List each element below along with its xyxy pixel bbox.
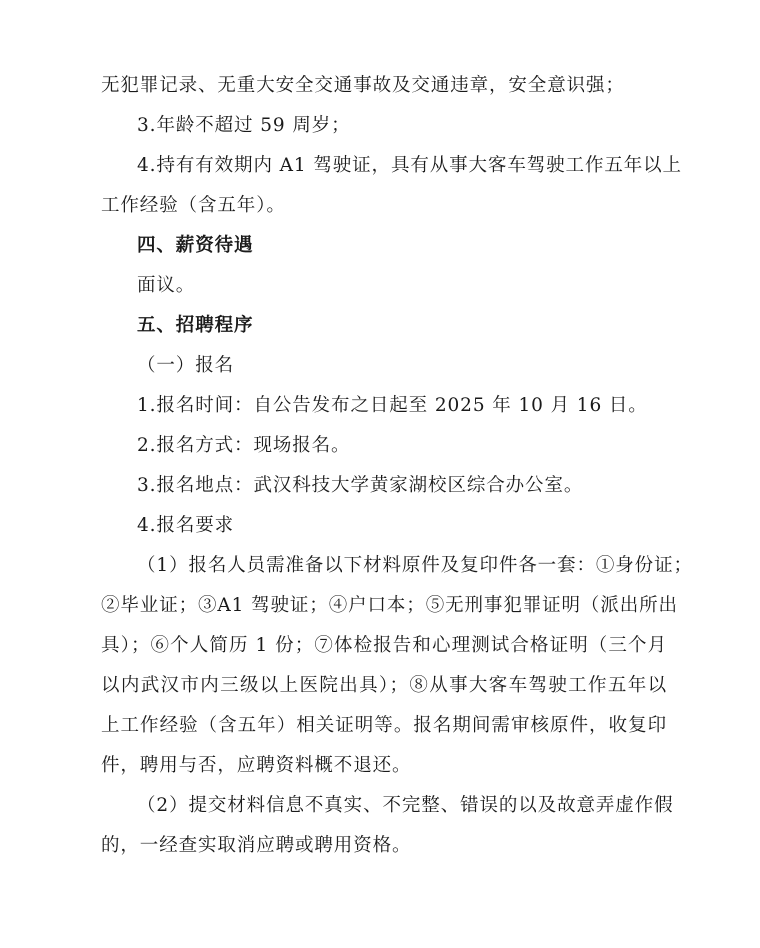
text-line: 2.报名方式：现场报名。 <box>101 426 667 466</box>
heading-text: 五、招聘程序 <box>101 306 667 346</box>
paragraph-registration-location: 3.报名地点：武汉科技大学黄家湖校区综合办公室。 <box>101 466 667 506</box>
paragraph-required-materials: （1）报名人员需准备以下材料原件及复印件各一套：①身份证； ②毕业证；③A1 驾… <box>101 546 667 786</box>
text-line: 4.报名要求 <box>101 506 667 546</box>
text-line: 的，一经查实取消应聘或聘用资格。 <box>101 826 667 866</box>
text-line: （1）报名人员需准备以下材料原件及复印件各一套：①身份证； <box>101 546 667 586</box>
text-line: （一）报名 <box>101 346 667 386</box>
text-line: 具）；⑥个人简历 1 份；⑦体检报告和心理测试合格证明（三个月 <box>101 626 667 666</box>
text-line: 工作经验（含五年）。 <box>101 186 667 226</box>
text-line: 无犯罪记录、无重大安全交通事故及交通违章，安全意识强； <box>101 66 667 106</box>
paragraph-requirement-2-continued: 无犯罪记录、无重大安全交通事故及交通违章，安全意识强； <box>101 66 667 106</box>
paragraph-requirement-3-age: 3.年龄不超过 59 周岁； <box>101 106 667 146</box>
section-heading-recruitment-procedure: 五、招聘程序 <box>101 306 667 346</box>
text-line: 以内武汉市内三级以上医院出具）；⑧从事大客车驾驶工作五年以 <box>101 666 667 706</box>
text-line: 3.年龄不超过 59 周岁； <box>101 106 667 146</box>
paragraph-registration-requirements: 4.报名要求 <box>101 506 667 546</box>
heading-text: 四、薪资待遇 <box>101 226 667 266</box>
text-line: 4.持有有效期内 A1 驾驶证，具有从事大客车驾驶工作五年以上 <box>101 146 667 186</box>
paragraph-registration-method: 2.报名方式：现场报名。 <box>101 426 667 466</box>
paragraph-salary: 面议。 <box>101 266 667 306</box>
text-line: ②毕业证；③A1 驾驶证；④户口本；⑤无刑事犯罪证明（派出所出 <box>101 586 667 626</box>
text-line: （2）提交材料信息不真实、不完整、错误的以及故意弄虚作假 <box>101 786 667 826</box>
paragraph-registration-time: 1.报名时间：自公告发布之日起至 2025 年 10 月 16 日。 <box>101 386 667 426</box>
text-line: 面议。 <box>101 266 667 306</box>
paragraph-requirement-4-license: 4.持有有效期内 A1 驾驶证，具有从事大客车驾驶工作五年以上 工作经验（含五年… <box>101 146 667 226</box>
text-line: 3.报名地点：武汉科技大学黄家湖校区综合办公室。 <box>101 466 667 506</box>
subheading-registration: （一）报名 <box>101 346 667 386</box>
text-line: 1.报名时间：自公告发布之日起至 2025 年 10 月 16 日。 <box>101 386 667 426</box>
section-heading-salary: 四、薪资待遇 <box>101 226 667 266</box>
paragraph-false-information: （2）提交材料信息不真实、不完整、错误的以及故意弄虚作假 的，一经查实取消应聘或… <box>101 786 667 866</box>
text-line: 上工作经验（含五年）相关证明等。报名期间需审核原件，收复印 <box>101 706 667 746</box>
text-line: 件，聘用与否，应聘资料概不退还。 <box>101 746 667 786</box>
document-page: 无犯罪记录、无重大安全交通事故及交通违章，安全意识强； 3.年龄不超过 59 周… <box>101 66 667 866</box>
